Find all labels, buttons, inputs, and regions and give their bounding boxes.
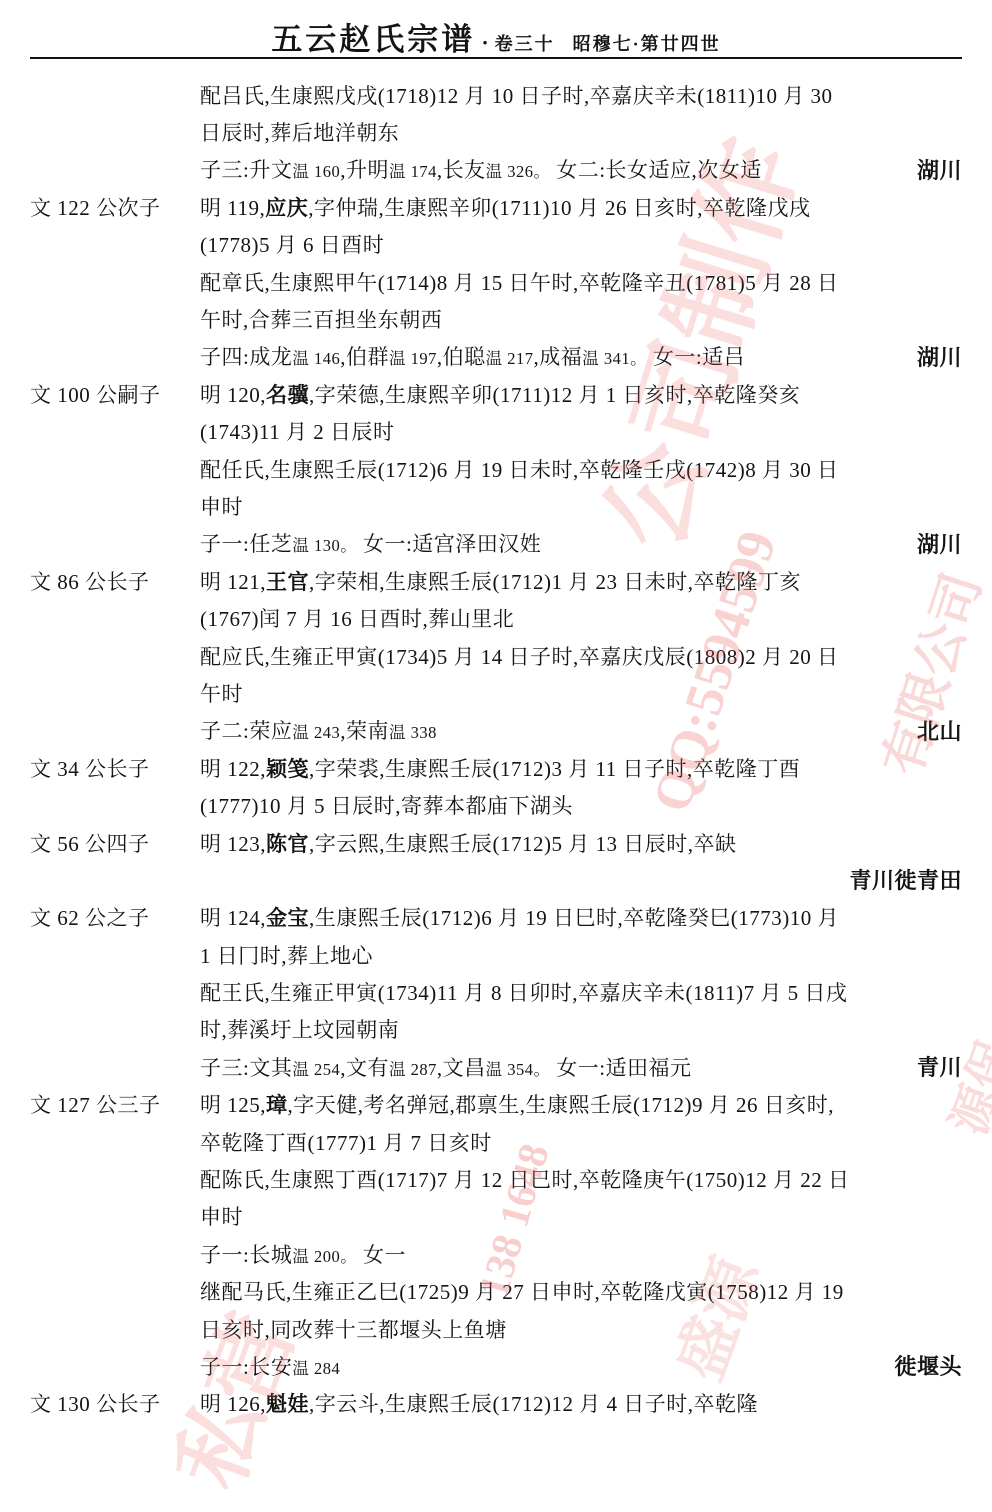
book-title: 五云赵氏宗谱 [271, 22, 475, 57]
entry-text: (1778)5 月 6 日酉时 [200, 229, 384, 259]
entry-text: 配任氏,生康熙壬辰(1712)6 月 19 日未时,卒乾隆壬戌(1742)8 月… [200, 454, 838, 484]
entry-text: 配吕氏,生康熙戊戌(1718)12 月 10 日子时,卒嘉庆辛未(1811)10… [200, 80, 832, 110]
genealogy-line: 卒乾隆丁酉(1777)1 月 7 日亥时 [0, 1123, 992, 1160]
genealogy-line: 文 122 公次子明 119,应庆,字仲瑞,生康熙辛卯(1711)10 月 26… [0, 188, 992, 225]
genealogy-line: 子四:成龙温 146,伯群温 197,伯聪温 217,成福温 341。 女一:适… [0, 338, 992, 375]
place-annotation: 湖川 [917, 341, 992, 372]
genealogy-entries: 配吕氏,生康熙戊戌(1718)12 月 10 日子时,卒嘉庆辛未(1811)10… [0, 76, 992, 1422]
genealogy-line: 子一:任芝温 130。 女一:适宫泽田汉姓湖川 [0, 525, 992, 562]
entry-text: 子四:成龙温 146,伯群温 197,伯聪温 217,成福温 341。 女一:适… [200, 341, 745, 371]
genealogy-line: 文 127 公三子明 125,璋,字天健,考名弹冠,郡禀生,生康熙壬辰(1712… [0, 1086, 992, 1123]
generation-label: 文 130 公长子 [0, 1388, 200, 1418]
genealogy-line: 时,葬溪圩上坟园朝南 [0, 1011, 992, 1048]
genealogy-line: 配应氏,生雍正甲寅(1734)5 月 14 日子时,卒嘉庆戊辰(1808)2 月… [0, 637, 992, 674]
genealogy-line: 日辰时,葬后地洋朝东 [0, 113, 992, 150]
entry-text: 日亥时,同改葬十三都堰头上鱼塘 [200, 1314, 507, 1344]
genealogy-line: 文 130 公长子明 126,魁娃,字云斗,生康熙壬辰(1712)12 月 4 … [0, 1385, 992, 1422]
place-annotation: 青川 [917, 1051, 992, 1082]
entry-text: 明 124,金宝,生康熙壬辰(1712)6 月 19 日巳时,卒乾隆癸巳(177… [200, 902, 839, 932]
genealogy-line: 子一:长安温 284徙堰头 [0, 1347, 992, 1384]
entry-text: (1777)10 月 5 日辰时,寄葬本都庙下湖头 [200, 790, 573, 820]
entry-text: 午时,合葬三百担坐东朝西 [200, 304, 442, 334]
genealogy-line: 午时,合葬三百担坐东朝西 [0, 300, 992, 337]
generation-label: 文 122 公次子 [0, 192, 200, 222]
genealogy-line: 配吕氏,生康熙戊戌(1718)12 月 10 日子时,卒嘉庆辛未(1811)10… [0, 76, 992, 113]
generation-label: 文 56 公四子 [0, 828, 200, 858]
generation-label: 文 62 公之子 [0, 902, 200, 932]
genealogy-line: 申时 [0, 1198, 992, 1235]
genealogy-line: 子三:升文温 160,升明温 174,长友温 326。 女二:长女适应,次女适湖… [0, 151, 992, 188]
entry-text: 子三:文其温 254,文有温 287,文昌温 354。 女一:适田福元 [200, 1052, 692, 1082]
genealogy-line: 配任氏,生康熙壬辰(1712)6 月 19 日未时,卒乾隆壬戌(1742)8 月… [0, 450, 992, 487]
generation-label: 文 86 公长子 [0, 566, 200, 596]
entry-text: 申时 [200, 1201, 243, 1231]
genealogy-line: (1777)10 月 5 日辰时,寄葬本都庙下湖头 [0, 786, 992, 823]
header-divider [30, 57, 962, 59]
entry-text: 明 126,魁娃,字云斗,生康熙壬辰(1712)12 月 4 日子时,卒乾隆 [200, 1388, 758, 1418]
section-label: 昭穆七·第廿四世 [573, 34, 721, 54]
entry-text: 申时 [200, 491, 243, 521]
entry-text: 配陈氏,生康熙丁酉(1717)7 月 12 日巳时,卒乾隆庚午(1750)12 … [200, 1164, 849, 1194]
generation-label: 文 100 公嗣子 [0, 379, 200, 409]
entry-text: 明 120,名骥,字荣德,生康熙辛卯(1711)12 月 1 日亥时,卒乾隆癸亥 [200, 379, 800, 409]
entry-text: 午时 [200, 678, 243, 708]
entry-text: 1 日冂时,葬上地心 [200, 940, 373, 970]
genealogy-line: 配章氏,生康熙甲午(1714)8 月 15 日午时,卒乾隆辛丑(1781)5 月… [0, 263, 992, 300]
title-separator-dot: · [481, 30, 488, 55]
place-annotation: 北山 [917, 715, 992, 746]
entry-text: 子一:任芝温 130。 女一:适宫泽田汉姓 [200, 528, 541, 558]
genealogy-line: 子三:文其温 254,文有温 287,文昌温 354。 女一:适田福元青川 [0, 1048, 992, 1085]
page-header: 五云赵氏宗谱·卷三十昭穆七·第廿四世 [0, 14, 992, 59]
entry-text: 继配马氏,生雍正乙巳(1725)9 月 27 日申时,卒乾隆戊寅(1758)12… [200, 1276, 844, 1306]
genealogy-line: (1743)11 月 2 日辰时 [0, 413, 992, 450]
generation-label: 文 34 公长子 [0, 753, 200, 783]
entry-text: 子一:长安温 284 [200, 1351, 340, 1381]
genealogy-line: 配陈氏,生康熙丁酉(1717)7 月 12 日巳时,卒乾隆庚午(1750)12 … [0, 1160, 992, 1197]
genealogy-line: 文 100 公嗣子明 120,名骥,字荣德,生康熙辛卯(1711)12 月 1 … [0, 375, 992, 412]
entry-text: 卒乾隆丁酉(1777)1 月 7 日亥时 [200, 1127, 492, 1157]
entry-text: 明 121,王官,字荣相,生康熙壬辰(1712)1 月 23 日未时,卒乾隆丁亥 [200, 566, 801, 596]
genealogy-line: 日亥时,同改葬十三都堰头上鱼塘 [0, 1310, 992, 1347]
entry-text: 时,葬溪圩上坟园朝南 [200, 1014, 399, 1044]
genealogy-line: (1778)5 月 6 日酉时 [0, 226, 992, 263]
genealogy-line: 1 日冂时,葬上地心 [0, 936, 992, 973]
genealogy-line: 继配马氏,生雍正乙巳(1725)9 月 27 日申时,卒乾隆戊寅(1758)12… [0, 1273, 992, 1310]
entry-text: 配章氏,生康熙甲午(1714)8 月 15 日午时,卒乾隆辛丑(1781)5 月… [200, 267, 838, 297]
generation-label: 文 127 公三子 [0, 1089, 200, 1119]
genealogy-line: 文 56 公四子明 123,陈官,字云熙,生康熙壬辰(1712)5 月 13 日… [0, 824, 992, 861]
genealogy-line: 子二:荣应温 243,荣南温 338北山 [0, 712, 992, 749]
place-annotation: 湖川 [917, 528, 992, 559]
entry-text: 日辰时,葬后地洋朝东 [200, 117, 399, 147]
entry-text: 配王氏,生雍正甲寅(1734)11 月 8 日卯时,卒嘉庆辛未(1811)7 月… [200, 977, 847, 1007]
genealogy-line: (1767)闰 7 月 16 日酉时,葬山里北 [0, 599, 992, 636]
place-annotation: 徙堰头 [894, 1350, 992, 1381]
volume-label: 卷三十 [495, 34, 555, 54]
genealogy-line: 文 62 公之子明 124,金宝,生康熙壬辰(1712)6 月 19 日巳时,卒… [0, 899, 992, 936]
genealogy-line: 文 86 公长子明 121,王官,字荣相,生康熙壬辰(1712)1 月 23 日… [0, 562, 992, 599]
genealogy-line: 子一:长城温 200。 女一 [0, 1235, 992, 1272]
place-annotation: 湖川 [917, 154, 992, 185]
entry-text: (1743)11 月 2 日辰时 [200, 416, 394, 446]
entry-text: 明 123,陈官,字云熙,生康熙壬辰(1712)5 月 13 日辰时,卒缺 [200, 828, 737, 858]
genealogy-page: 公司制作有限公司QQ:5594599私营138 1648盛源源保 五云赵氏宗谱·… [0, 0, 992, 1512]
genealogy-line: 午时 [0, 674, 992, 711]
genealogy-line: 申时 [0, 487, 992, 524]
entry-text: 配应氏,生雍正甲寅(1734)5 月 14 日子时,卒嘉庆戊辰(1808)2 月… [200, 641, 838, 671]
entry-text: 子二:荣应温 243,荣南温 338 [200, 715, 437, 745]
genealogy-line: 文 34 公长子明 122,颖笺,字荣裘,生康熙壬辰(1712)3 月 11 日… [0, 749, 992, 786]
entry-text: 明 125,璋,字天健,考名弹冠,郡禀生,生康熙壬辰(1712)9 月 26 日… [200, 1089, 834, 1119]
genealogy-line: 配王氏,生雍正甲寅(1734)11 月 8 日卯时,卒嘉庆辛未(1811)7 月… [0, 973, 992, 1010]
entry-text: 子一:长城温 200。 女一 [200, 1239, 406, 1269]
entry-text: (1767)闰 7 月 16 日酉时,葬山里北 [200, 603, 514, 633]
genealogy-line: 青川徙青田 [0, 861, 992, 898]
entry-text: 明 122,颖笺,字荣裘,生康熙壬辰(1712)3 月 11 日子时,卒乾隆丁酉 [200, 753, 800, 783]
place-annotation: 青川徙青田 [849, 864, 992, 895]
entry-text: 子三:升文温 160,升明温 174,长友温 326。 女二:长女适应,次女适 [200, 154, 762, 184]
entry-text: 明 119,应庆,字仲瑞,生康熙辛卯(1711)10 月 26 日亥时,卒乾隆戊… [200, 192, 810, 222]
